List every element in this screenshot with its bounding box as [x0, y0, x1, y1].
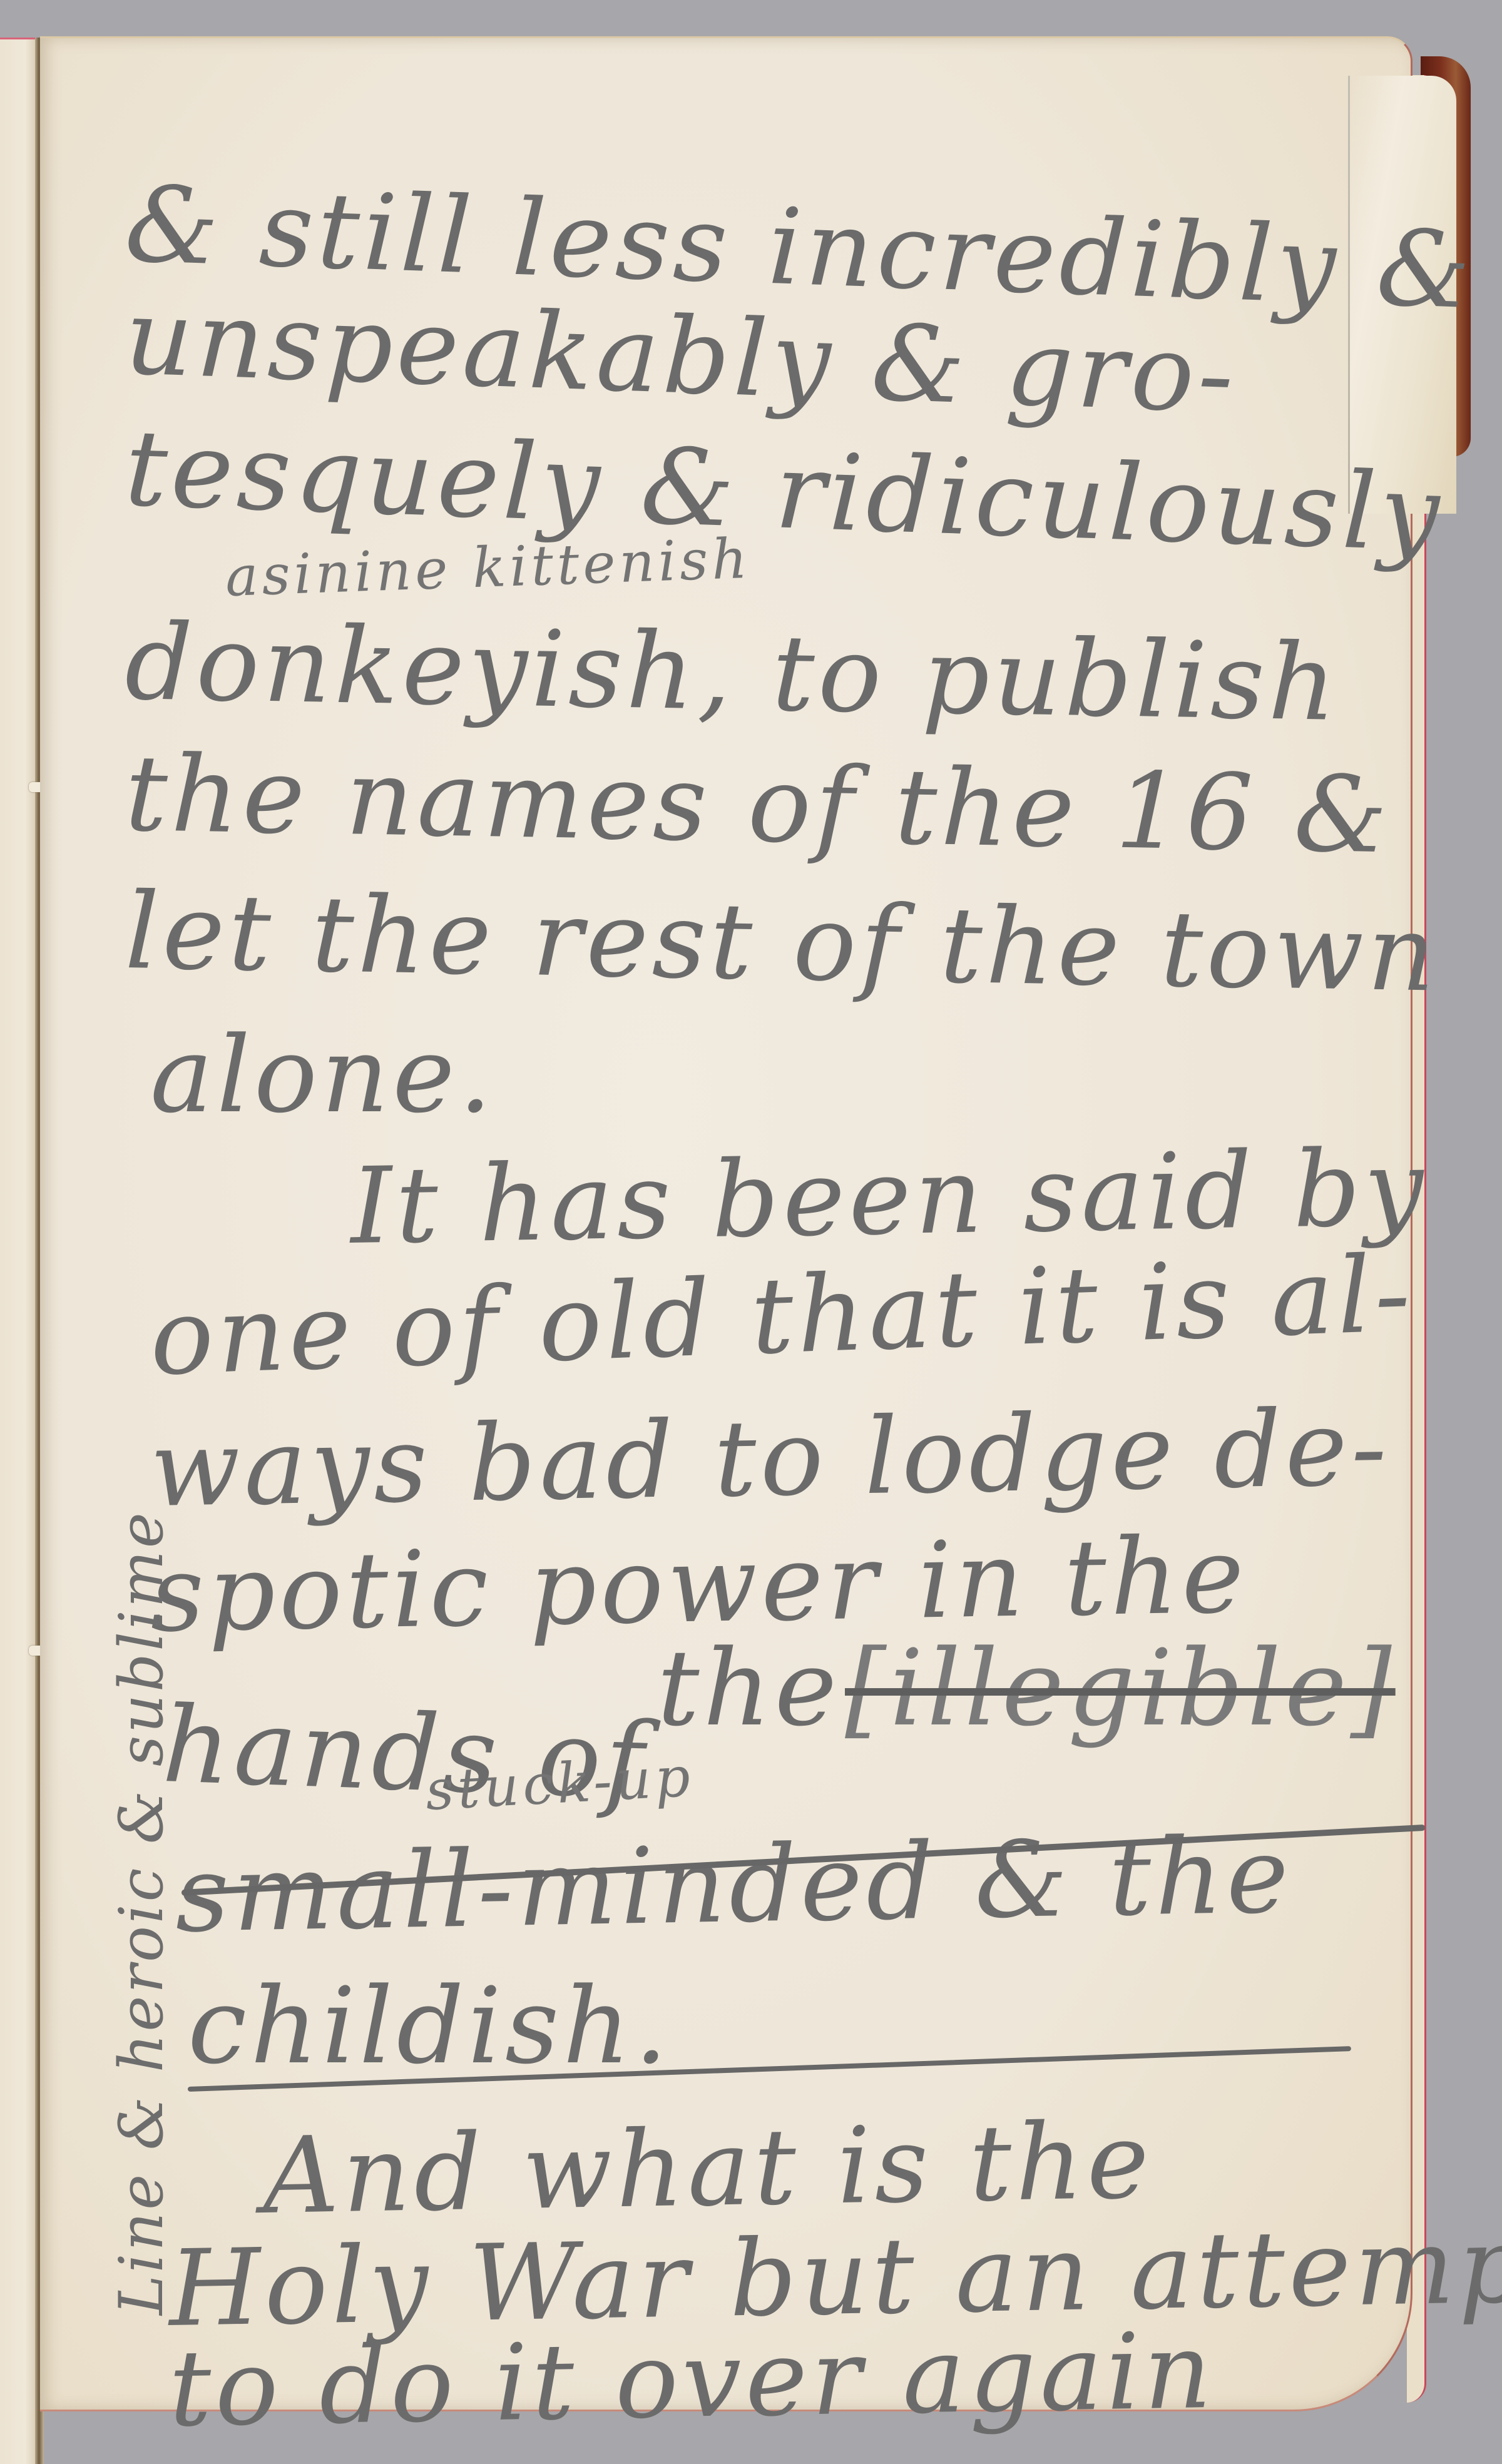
notebook: & still less incredibly & unspeakably & … — [0, 0, 1502, 2464]
handwriting-line: ways bad to lodge de- — [149, 1386, 1391, 1530]
handwriting-line: the names of the 16 & — [124, 732, 1392, 877]
left-page-edge — [0, 38, 36, 2464]
handwriting-line: childish. — [188, 1965, 672, 2087]
handwriting-line: let the rest of the town — [124, 870, 1439, 1016]
handwriting-word: the — [657, 1627, 840, 1749]
handwriting-line: alone. — [150, 1014, 496, 1136]
handwriting-line: donkeyish, to publish — [124, 601, 1341, 745]
struck-word: [illegible] — [845, 1627, 1396, 1749]
margin-note: Line & heroic & sublime — [106, 1510, 176, 2315]
handwriting-line: to do it over again — [168, 2309, 1216, 2450]
